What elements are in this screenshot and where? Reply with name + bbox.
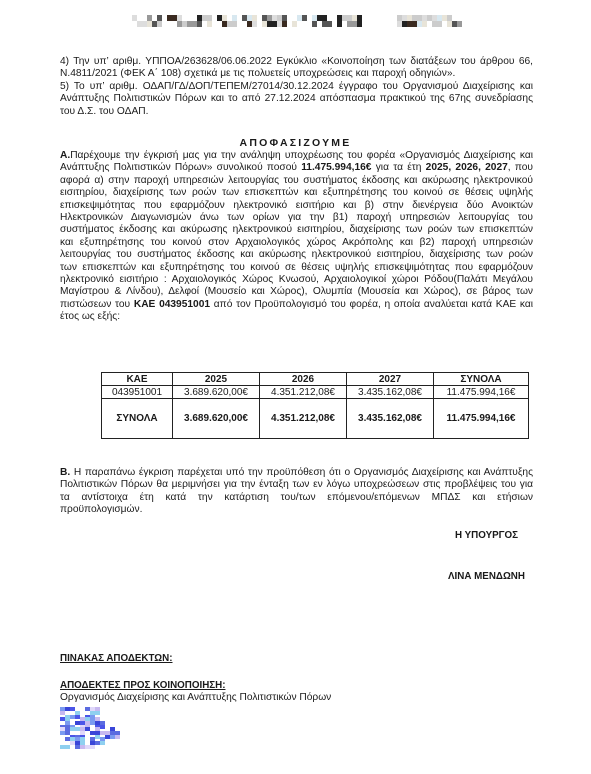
total-amount: 11.475.994,16€ <box>301 162 371 173</box>
redacted-header <box>132 14 462 26</box>
budget-table-total-cell: ΣΥΝΟΛΑ <box>102 399 173 439</box>
budget-table-row: 0439510013.689.620,00€4.351.212,08€3.435… <box>102 386 529 399</box>
budget-table-total-cell: 4.351.212,08€ <box>260 399 347 439</box>
budget-table-cell: 043951001 <box>102 386 173 399</box>
budget-table-header-cell: 2025 <box>173 373 260 386</box>
budget-table-header-cell: 2026 <box>260 373 347 386</box>
section-a-last-line: έτος ως εξής: <box>60 311 533 323</box>
notify-recipient: Οργανισμός Διαχείρισης και Ανάπτυξης Πολ… <box>60 692 331 703</box>
section-a-line: αφορά α) στην παροχή υπηρεσιών λειτουργί… <box>60 175 533 187</box>
section-a: Α.Παρέχουμε την έγκρισή μας για την ανάλ… <box>60 150 533 324</box>
reference-5-line-2: Ανάπτυξης Πολιτιστικών Πόρων και το από … <box>60 93 533 105</box>
budget-table-header-cell: ΣΥΝΟΛΑ <box>434 373 529 386</box>
notify-heading: ΑΠΟΔΕΚΤΕΣ ΠΡΟΣ ΚΟΙΝΟΠΟΙΗΣΗ: <box>60 680 225 691</box>
budget-table-cell: 3.435.162,08€ <box>347 386 434 399</box>
section-a-line-1: Α.Παρέχουμε την έγκρισή μας για την ανάλ… <box>60 150 533 162</box>
kae-code: ΚΑΕ 043951001 <box>134 299 210 310</box>
section-a-line: ηλεκτρονικό εισιτήριο : Αρχαιολογικός Χώ… <box>60 274 533 286</box>
fiscal-years: 2025, 2026, 2027 <box>426 162 508 173</box>
document-page: 4) Την υπ’ αριθμ. ΥΠΠΟΑ/263628/06.06.202… <box>0 0 591 774</box>
budget-table-total-cell: 3.435.162,08€ <box>347 399 434 439</box>
budget-table-total-cell: 3.689.620,00€ <box>173 399 260 439</box>
section-b-label: Β. <box>60 467 70 478</box>
decision-heading: ΑΠΟΦΑΣΙΖΟΥΜΕ <box>0 137 591 149</box>
budget-table-header-cell: 2027 <box>347 373 434 386</box>
section-a-line: και εξυπηρέτησης του κοινού στον Αρχαιολ… <box>60 237 533 249</box>
section-a-text-1: Παρέχουμε την έγκρισή μας για την ανάληψ… <box>70 150 533 161</box>
redacted-recipients <box>60 707 160 757</box>
section-b-line-4: προϋπολογισμών. <box>60 504 533 516</box>
budget-table-total-cell: 11.475.994,16€ <box>434 399 529 439</box>
budget-table-totals-row: ΣΥΝΟΛΑ3.689.620,00€4.351.212,08€3.435.16… <box>102 399 529 439</box>
section-a-text-2a: Ανάπτυξης Πολιτιστικών Πόρων» συνολικού … <box>60 162 301 173</box>
section-a-kae-pre: πιστώσεων του <box>60 299 134 310</box>
section-b: Β. Η παραπάνω έγκριση παρέχεται υπό την … <box>60 467 533 517</box>
signature-name: ΛΙΝΑ ΜΕΝΔΩΝΗ <box>448 571 525 582</box>
budget-table-header-row: ΚΑΕ202520262027ΣΥΝΟΛΑ <box>102 373 529 386</box>
section-a-line-2: Ανάπτυξης Πολιτιστικών Πόρων» συνολικού … <box>60 162 533 174</box>
section-a-line: συστήματος έκδοσης και ακύρωσης ηλεκτρον… <box>60 224 533 236</box>
section-a-line: επισκεψιμότητας που εφαρμόζουν ηλεκτρονι… <box>60 200 533 212</box>
reference-5-line-1: 5) Το υπ’ αριθμ. ΟΔΑΠ/ΓΔ/ΔΟΠ/ΤΕΠΕΜ/27014… <box>60 81 533 93</box>
budget-table-cell: 3.689.620,00€ <box>173 386 260 399</box>
reference-4-line-1: 4) Την υπ’ αριθμ. ΥΠΠΟΑ/263628/06.06.202… <box>60 56 533 68</box>
section-a-line: εισιτηρίου, διαχείρισης των ροών των επι… <box>60 187 533 199</box>
section-b-text-1: Η παραπάνω έγκριση παρέχεται υπό την προ… <box>70 467 533 478</box>
section-b-line-3: τα αντίστοιχα έτη κατά την κατάρτιση του… <box>60 492 533 504</box>
section-b-line-2: Πολιτιστικών Πόρων θα μεριμνήσει για την… <box>60 479 533 491</box>
recipients-heading: ΠΙΝΑΚΑΣ ΑΠΟΔΕΚΤΩΝ: <box>60 653 173 664</box>
pixelated-redaction-icon <box>60 707 160 752</box>
budget-table-cell: 11.475.994,16€ <box>434 386 529 399</box>
signature-title: Η ΥΠΟΥΡΓΟΣ <box>455 530 518 541</box>
section-a-line: των επισκεπτών και εξυπηρέτησης του κοιν… <box>60 262 533 274</box>
section-a-kae-post: από τον Προϋπολογισμό του φορέα, η οποία… <box>210 299 533 310</box>
section-a-line: λειτουργίας του συστήματος έκδοσης και α… <box>60 249 533 261</box>
section-a-line: Μαγίστρου & Λίνδου), Δελφοί (Μουσείο και… <box>60 286 533 298</box>
section-a-text-2b: για τα έτη <box>371 162 425 173</box>
reference-5: 5) Το υπ’ αριθμ. ΟΔΑΠ/ΓΔ/ΔΟΠ/ΤΕΠΕΜ/27014… <box>60 81 533 118</box>
section-a-label: Α. <box>60 150 70 161</box>
reference-4: 4) Την υπ’ αριθμ. ΥΠΠΟΑ/263628/06.06.202… <box>60 56 533 81</box>
pixelated-redaction-icon <box>132 15 462 27</box>
reference-4-line-2: Ν.4811/2021 (ΦΕΚ Α΄ 108) σχετικά με τις … <box>60 68 533 80</box>
reference-5-line-3: του Δ.Σ. του ΟΔΑΠ. <box>60 106 533 118</box>
budget-table: ΚΑΕ202520262027ΣΥΝΟΛΑ 0439510013.689.620… <box>101 372 529 439</box>
section-a-kae-line: πιστώσεων του ΚΑΕ 043951001 από τον Προϋ… <box>60 299 533 311</box>
section-b-line-1: Β. Η παραπάνω έγκριση παρέχεται υπό την … <box>60 467 533 479</box>
section-a-line: Ηλεκτρονικών Διαγωνισμών άνω των ορίων γ… <box>60 212 533 224</box>
budget-table-header-cell: ΚΑΕ <box>102 373 173 386</box>
section-a-text-2c: , που <box>508 162 533 173</box>
budget-table-cell: 4.351.212,08€ <box>260 386 347 399</box>
